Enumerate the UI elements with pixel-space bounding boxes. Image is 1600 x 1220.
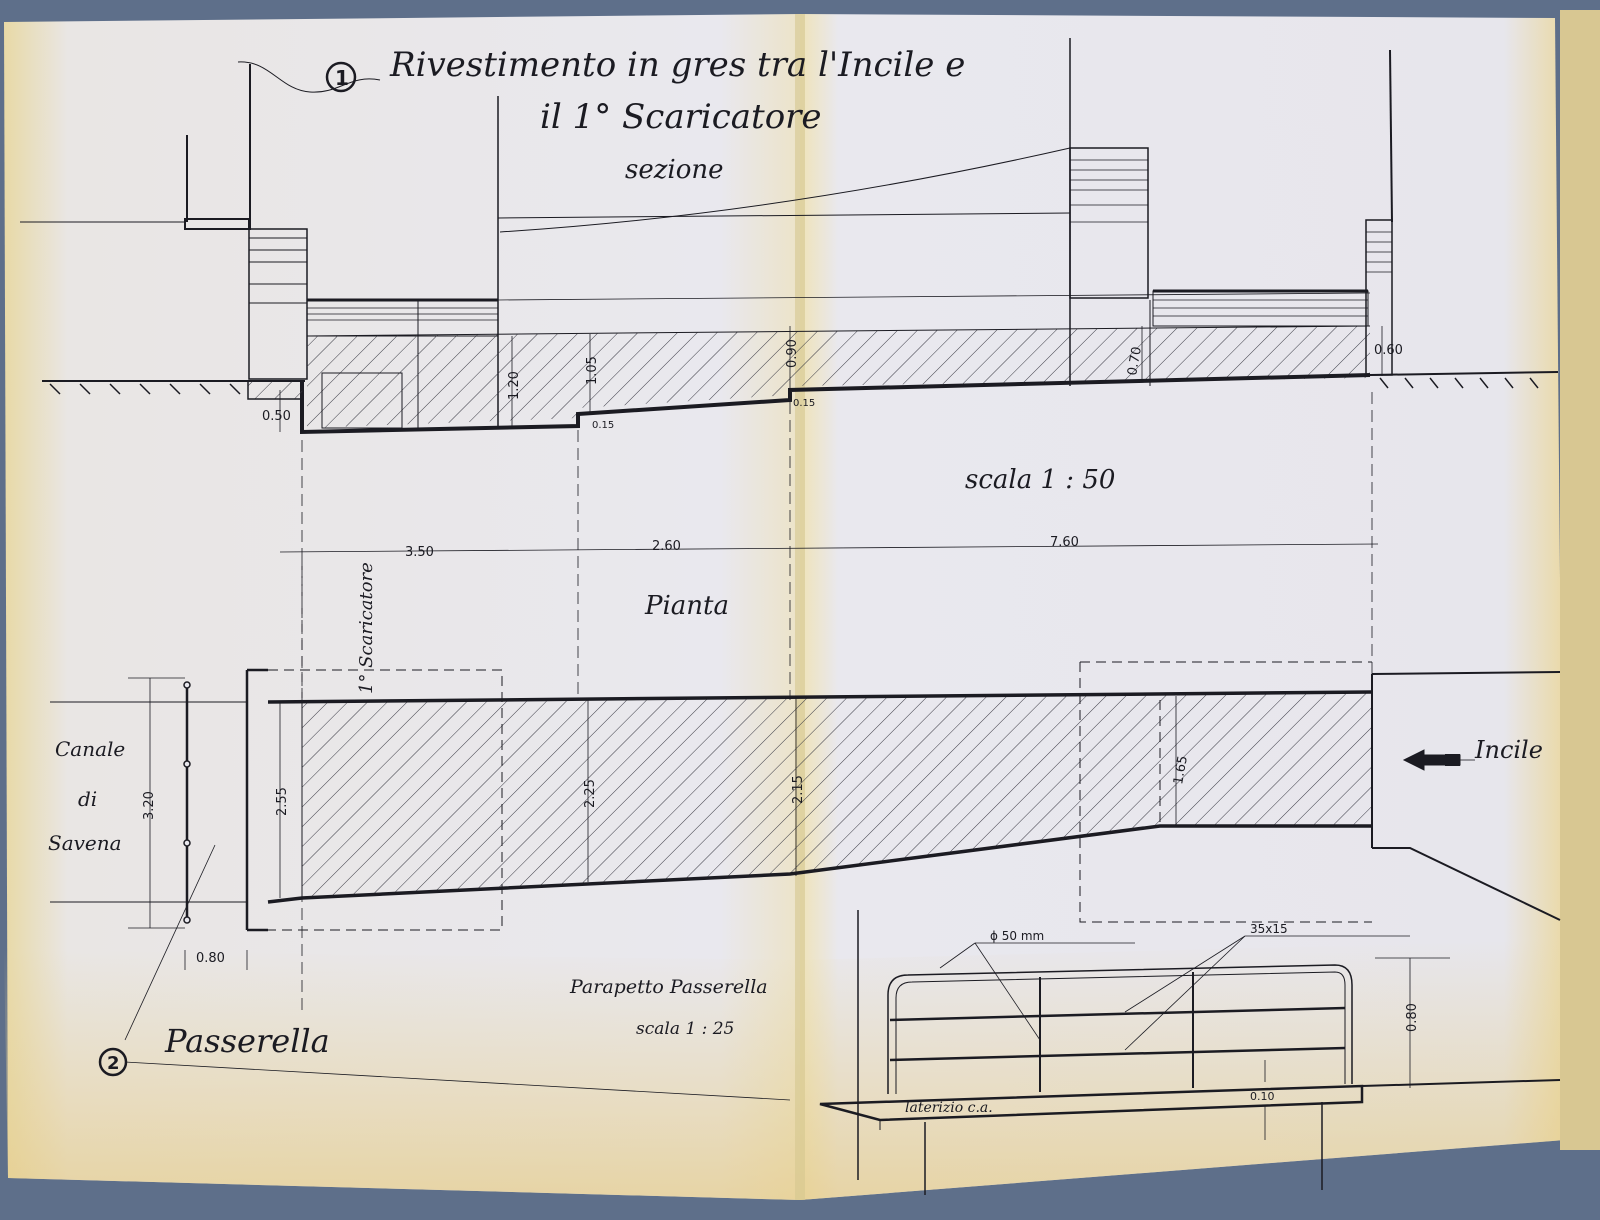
dim-0-60: 0.60 — [1374, 343, 1403, 358]
railing-height-0-80: 0.80 — [1405, 1003, 1420, 1032]
canal-label-2: di — [78, 787, 97, 811]
dim-0-90: 0.90 — [785, 339, 800, 368]
plan-length-2-60: 2.60 — [652, 539, 681, 554]
plan-length-3-50: 3.50 — [405, 545, 434, 560]
dim-0-15-a: 0.15 — [592, 420, 614, 431]
plan-width-2-55: 2.55 — [275, 787, 290, 816]
plan-label: Pianta — [644, 591, 729, 621]
bar-label: 35x15 — [1250, 922, 1288, 936]
inlet-label: Incile — [1474, 736, 1543, 764]
dim-1-20: 1.20 — [507, 371, 522, 400]
dim-1-05: 1.05 — [585, 356, 600, 385]
svg-text:1: 1 — [335, 66, 349, 90]
plan-width-2-15: 2.15 — [791, 775, 806, 804]
section1-scale: scala 1 : 50 — [965, 465, 1115, 495]
plan-width-2-25: 2.25 — [583, 779, 598, 808]
canal-label-1: Canale — [55, 737, 125, 761]
bridge-width-0-80: 0.80 — [196, 951, 225, 966]
section1-title-line1: Rivestimento in gres tra l'Incile e — [389, 45, 965, 85]
section1-title-line2: il 1° Scaricatore — [540, 97, 822, 137]
plan-length-7-60: 7.60 — [1050, 535, 1079, 550]
drawing-sheet: 1 Rivestimento in gres tra l'Incile e il… — [0, 0, 1600, 1220]
slab-label: laterizio c.a. — [905, 1100, 993, 1116]
svg-text:2: 2 — [107, 1053, 120, 1074]
section2-title: Passerella — [164, 1022, 330, 1060]
dim-0-15-b: 0.15 — [793, 398, 815, 409]
railing-title: Parapetto Passerella — [569, 976, 768, 998]
railing-scale: scala 1 : 25 — [636, 1019, 734, 1039]
section1-subtitle: sezione — [625, 155, 724, 185]
dim-0-50: 0.50 — [262, 409, 291, 424]
pipe-label: ϕ 50 mm — [990, 929, 1044, 943]
plan-vertical-label: 1° Scaricatore — [356, 562, 377, 694]
canal-width-3-20: 3.20 — [142, 791, 157, 820]
slab-thickness-0-10: 0.10 — [1250, 1090, 1275, 1103]
canal-label-3: Savena — [48, 831, 122, 855]
